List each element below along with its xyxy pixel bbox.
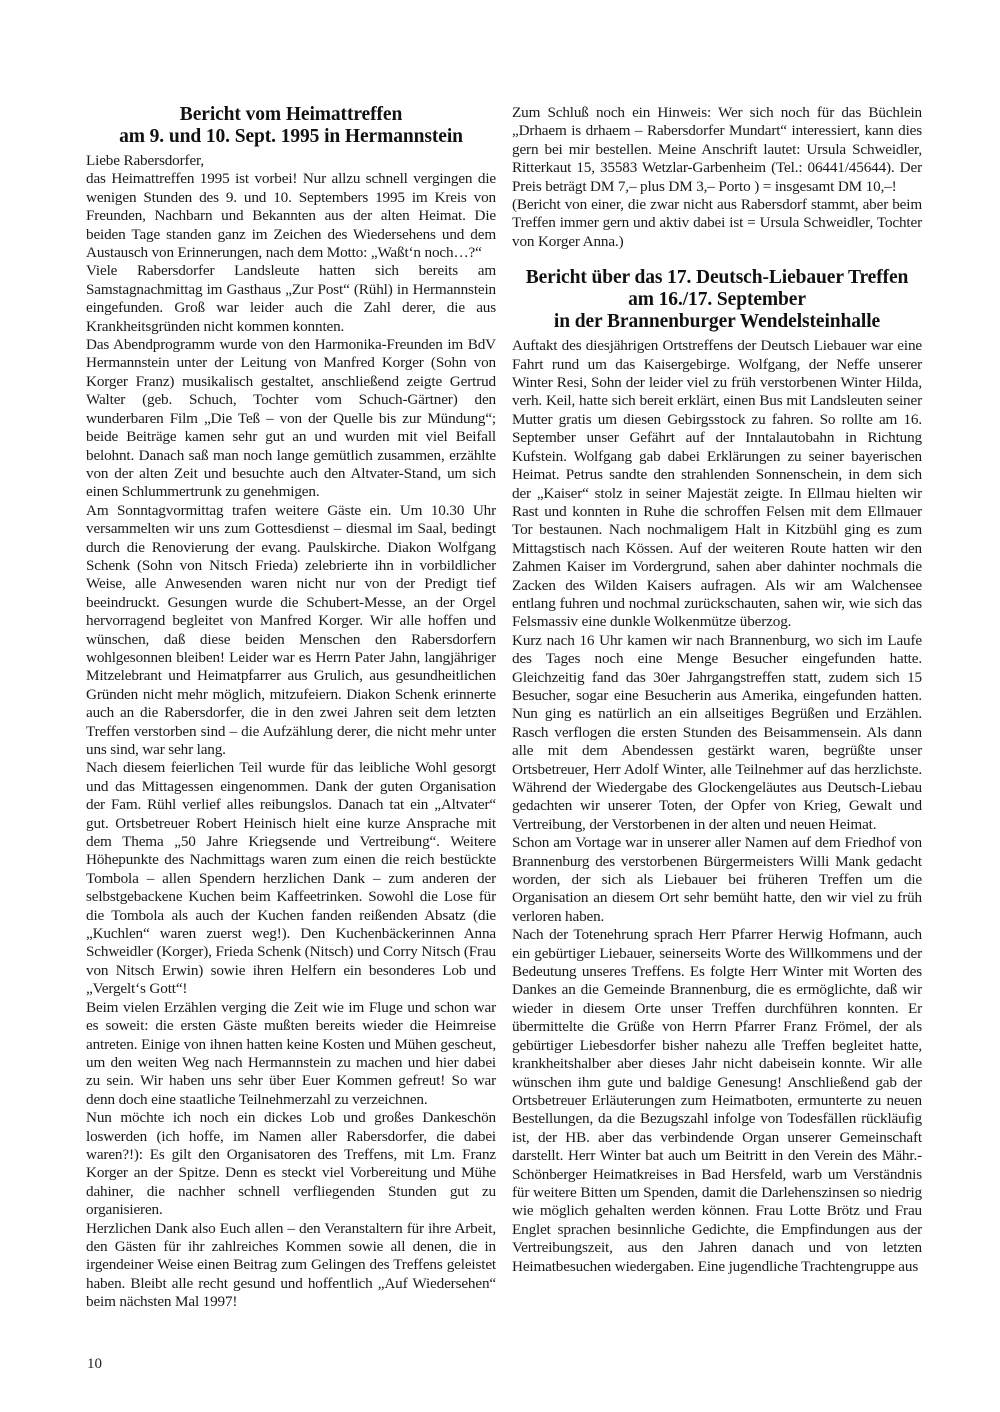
article2-paragraph: Kurz nach 16 Uhr kamen wir nach Brannenb…	[512, 632, 922, 834]
article1-paragraph: Beim vielen Erzählen verging die Zeit wi…	[86, 999, 496, 1109]
left-column: Bericht vom Heimattreffen am 9. und 10. …	[86, 104, 496, 1312]
article1-title: Bericht vom Heimattreffen am 9. und 10. …	[86, 104, 496, 148]
article2-paragraph: Schon am Vortage war in unserer aller Na…	[512, 834, 922, 926]
article2-title-line2: am 16./17. September	[628, 289, 806, 310]
article1-continuation-paragraph: Zum Schluß noch ein Hinweis: Wer sich no…	[512, 104, 922, 196]
article1-title-line1: Bericht vom Heimattreffen	[180, 104, 402, 125]
article2-title-line3: in der Brannenburger Wendelsteinhalle	[554, 311, 880, 332]
article2-title: Bericht über das 17. Deutsch-Liebauer Tr…	[512, 267, 922, 333]
article1-paragraph: Am Sonntagvormittag trafen weitere Gäste…	[86, 502, 496, 760]
right-column: Zum Schluß noch ein Hinweis: Wer sich no…	[512, 104, 922, 1276]
article2-paragraph: Auftakt des diesjährigen Ortstreffens de…	[512, 337, 922, 632]
article1-paragraph: Nun möchte ich noch ein dickes Lob und g…	[86, 1109, 496, 1219]
article1-title-line2: am 9. und 10. Sept. 1995 in Hermannstein	[119, 126, 463, 147]
article1-author-note: (Bericht von einer, die zwar nicht aus R…	[512, 196, 922, 251]
article2-title-line1: Bericht über das 17. Deutsch-Liebauer Tr…	[526, 267, 909, 288]
article2-paragraph: Nach der Totenehrung sprach Herr Pfarrer…	[512, 926, 922, 1276]
article1-salutation: Liebe Rabersdorfer,	[86, 152, 496, 170]
article1-paragraph: Nach diesem feierlichen Teil wurde für d…	[86, 759, 496, 998]
article1-paragraph: Herzlichen Dank also Euch allen – den Ve…	[86, 1220, 496, 1312]
article1-paragraph: das Heimattreffen 1995 ist vorbei! Nur a…	[86, 170, 496, 262]
article1-paragraph: Das Abendprogramm wurde von den Harmonik…	[86, 336, 496, 502]
page-number: 10	[87, 1356, 102, 1373]
article1-paragraph: Viele Rabersdorfer Landsleute hatten sic…	[86, 262, 496, 336]
